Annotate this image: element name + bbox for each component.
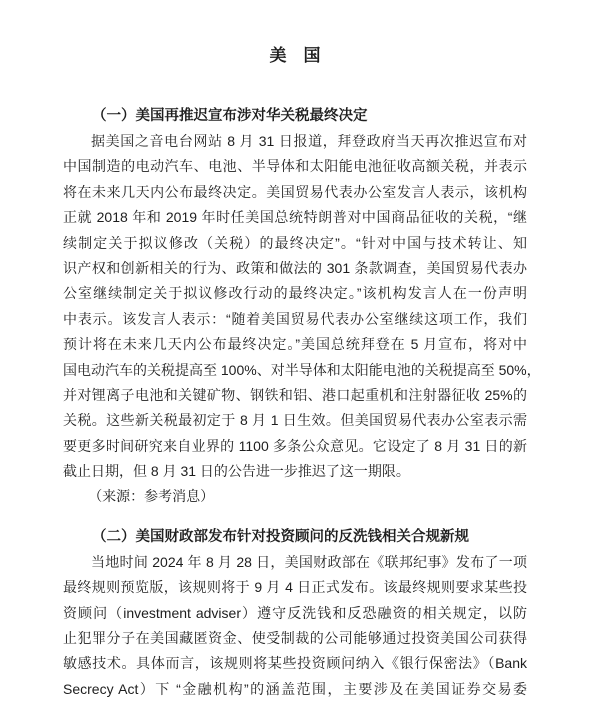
text-line: 并对锂离子电池和关键矿物、钢铁和铝、港口起重机和注射器征收 25%的 <box>63 383 527 408</box>
text-line: 将在未来几天内公布最终决定。美国贸易代表办公室发言人表示，该机构 <box>63 180 527 205</box>
text-line: 续制定关于拟议修改（关税）的最终决定”。“针对中国与技术转让、知 <box>63 231 527 256</box>
section-heading: （一）美国再推迟宣布涉对华关税最终决定 <box>63 103 527 129</box>
text-line: 中国制造的电动汽车、电池、半导体和太阳能电池征收高额关税，并表示 <box>63 154 527 179</box>
text-line: 资顾问（investment adviser）遵守反洗钱和反恐融资的相关规定，以… <box>63 601 527 626</box>
source-line: （来源：参考消息） <box>63 484 527 509</box>
text-line: 最终规则预览版，该规则将于 9 月 4 日正式发布。该最终规则要求某些投 <box>63 575 527 600</box>
section-us-tariff-delay: （一）美国再推迟宣布涉对华关税最终决定 据美国之音电台网站 8 月 31 日报道… <box>63 103 527 510</box>
text-line: Secrecy Act）下 “金融机构”的涵盖范围，主要涉及在美国证券交易委 <box>63 677 527 702</box>
text-line: 中表示。该发言人表示：“随着美国贸易代表办公室继续这项工作，我们 <box>63 307 527 332</box>
page-title: 美 国 <box>63 0 527 66</box>
text-line: 国电动汽车的关税提高至 100%、对半导体和太阳能电池的关税提高至 50%， <box>63 358 527 383</box>
text-line: 正就 2018 年和 2019 年时任美国总统特朗普对中国商品征收的关税，“继 <box>63 205 527 230</box>
text-line: 识产权和创新相关的行为、政策和做法的 301 条款调查，美国贸易代表办 <box>63 256 527 281</box>
text-line: 预计将在未来几天内公布最终决定。”美国总统拜登在 5 月宣布，将对中 <box>63 332 527 357</box>
text-line: 当地时间 2024 年 8 月 28 日，美国财政部在《联邦纪事》发布了一项 <box>63 550 527 575</box>
document-page: 美 国 （一）美国再推迟宣布涉对华关税最终决定 据美国之音电台网站 8 月 31… <box>0 0 592 702</box>
page-content: 美 国 （一）美国再推迟宣布涉对华关税最终决定 据美国之音电台网站 8 月 31… <box>0 0 592 702</box>
text-line: 要更多时间研究来自业界的 1100 多条公众意见。它设定了 8 月 31 日的新 <box>63 434 527 459</box>
paragraph: 当地时间 2024 年 8 月 28 日，美国财政部在《联邦纪事》发布了一项最终… <box>63 550 527 702</box>
text-line: 止犯罪分子在美国藏匿资金、使受制裁的公司能够通过投资美国公司获得 <box>63 626 527 651</box>
text-line: 截止日期，但 8 月 31 日的公告进一步推迟了这一期限。 <box>63 459 527 484</box>
section-treasury-aml-rule: （二）美国财政部发布针对投资顾问的反洗钱相关合规新规 当地时间 2024 年 8… <box>63 524 527 702</box>
text-line: 据美国之音电台网站 8 月 31 日报道，拜登政府当天再次推迟宣布对 <box>63 129 527 154</box>
text-line: 关税。这些新关税最初定于 8 月 1 日生效。但美国贸易代表办公室表示需 <box>63 408 527 433</box>
text-line: 公室继续制定关于拟议修改行动的最终决定。”该机构发言人在一份声明 <box>63 281 527 306</box>
text-line: 敏感技术。具体而言，该规则将某些投资顾问纳入《银行保密法》（Bank <box>63 651 527 676</box>
section-heading: （二）美国财政部发布针对投资顾问的反洗钱相关合规新规 <box>63 524 527 550</box>
paragraph: 据美国之音电台网站 8 月 31 日报道，拜登政府当天再次推迟宣布对中国制造的电… <box>63 129 527 484</box>
